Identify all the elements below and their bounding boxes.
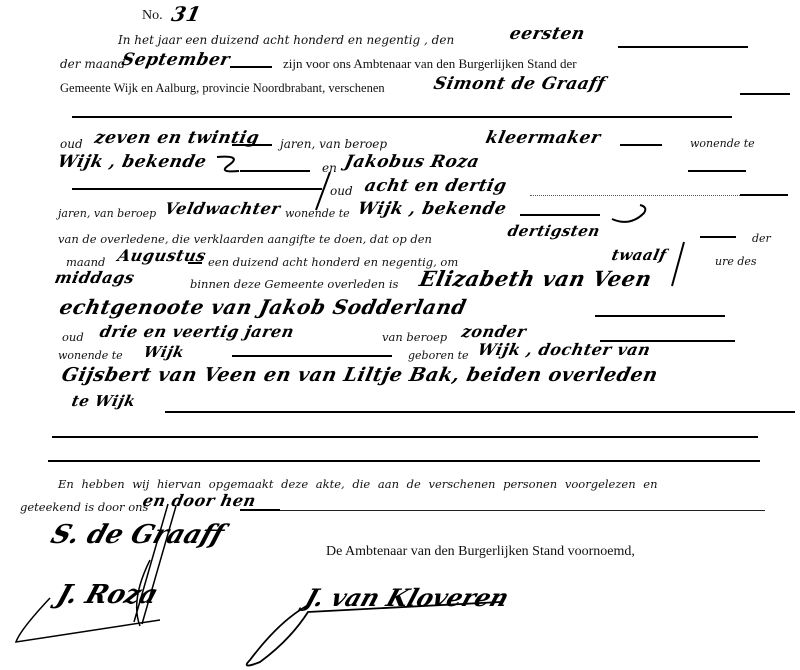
blank-line — [72, 116, 732, 118]
bracket-mark — [215, 155, 245, 175]
handwritten-age3: drie en veertig jaren — [98, 322, 296, 341]
closing-text-line1: En hebben wij hiervan opgemaakt deze akt… — [58, 477, 658, 491]
blank-line — [48, 460, 760, 462]
fill-line — [240, 509, 280, 511]
printed-text-oud3: oud — [62, 330, 84, 344]
blank-line — [52, 436, 758, 438]
fill-line — [740, 194, 788, 196]
printed-text-der: der — [752, 232, 771, 245]
signature-flourish — [240, 600, 500, 670]
fill-line — [240, 170, 310, 172]
handwritten-occupation2: Veldwachter — [163, 199, 282, 218]
printed-text-line10: binnen deze Gemeente overleden is — [190, 277, 398, 291]
handwritten-occupation1: kleermaker — [484, 128, 603, 148]
signature-flourish — [10, 590, 160, 650]
printed-text-maand: maand — [66, 255, 105, 269]
fill-line — [232, 144, 272, 146]
dotted-fill — [530, 195, 740, 196]
handwritten-hour: twaalf — [610, 246, 668, 264]
handwritten-residence2: Wijk , bekende — [356, 199, 509, 219]
civil-record-page: No. 31 In het jaar een duizend acht hond… — [0, 0, 800, 670]
handwritten-declarant2: Jakobus Roza — [343, 152, 481, 172]
fill-line — [688, 170, 746, 172]
handwritten-relation: echtgenoote van Jakob Sodderland — [57, 295, 468, 319]
pen-stroke — [312, 172, 332, 212]
handwritten-month: September — [120, 50, 232, 70]
handwritten-age2: acht en dertig — [363, 176, 509, 196]
printed-text-line2b: zijn voor ons Ambtenaar van den Burgerli… — [283, 56, 577, 72]
printed-text-line9b: een duizend acht honderd en negentig, om — [208, 255, 458, 269]
pen-stroke — [668, 240, 688, 290]
printed-text-van-beroep: van beroep — [382, 330, 447, 344]
fill-line — [230, 66, 272, 68]
bracket-mark — [610, 205, 650, 227]
record-number-label: No. — [142, 8, 163, 24]
record-number: 31 — [169, 2, 203, 26]
fill-line — [520, 214, 600, 216]
printed-text-geboren-te: geboren te — [408, 349, 469, 362]
printed-text-beroep: jaren, van beroep — [280, 137, 387, 151]
handwritten-residence3: Wijk — [142, 343, 186, 361]
printed-text-line1: In het jaar een duizend acht honderd en … — [118, 33, 454, 47]
blank-line — [72, 188, 322, 190]
printed-text-line8a: van de overledene, die verklaarden aangi… — [58, 232, 432, 246]
handwritten-parents: Gijsbert van Veen en van Liltje Bak, bei… — [60, 364, 660, 386]
fill-line — [165, 411, 795, 413]
printed-text-wonende: wonende te — [690, 137, 755, 150]
fill-line — [618, 46, 748, 48]
printed-text-oud: oud — [60, 137, 83, 151]
printed-text-line7a: jaren, van beroep — [58, 207, 156, 220]
handwritten-time-of-day: middags — [53, 268, 136, 287]
fill-line — [595, 315, 725, 317]
handwritten-occupation3: zonder — [460, 322, 528, 341]
fill-line — [232, 355, 392, 357]
printed-text-line3: Gemeente Wijk en Aalburg, provincie Noor… — [60, 81, 385, 96]
handwritten-birthplace: Wijk , dochter van — [476, 340, 652, 359]
fill-line — [700, 236, 736, 238]
handwritten-parents-residence: te Wijk — [70, 392, 137, 410]
printed-text-ure-des: ure des — [715, 255, 757, 268]
printed-text-oud2: oud — [330, 184, 353, 198]
printed-text-line2a: der maand — [60, 57, 125, 71]
handwritten-deceased-name: Elizabeth van Veen — [417, 266, 654, 291]
printed-text-line7b: wonende te — [285, 207, 350, 220]
fill-line — [620, 144, 662, 146]
handwritten-death-day: dertigsten — [506, 222, 602, 240]
handwritten-declarant1: Simont de Graaff — [432, 74, 607, 94]
fill-line — [188, 262, 202, 264]
printed-text-wonende-te: wonende te — [58, 349, 123, 362]
official-label: De Ambtenaar van den Burgerlijken Stand … — [326, 544, 635, 560]
fill-line — [740, 93, 790, 95]
handwritten-residence1: Wijk , bekende — [56, 152, 209, 172]
fill-line — [280, 510, 765, 511]
handwritten-day: eersten — [508, 24, 587, 44]
